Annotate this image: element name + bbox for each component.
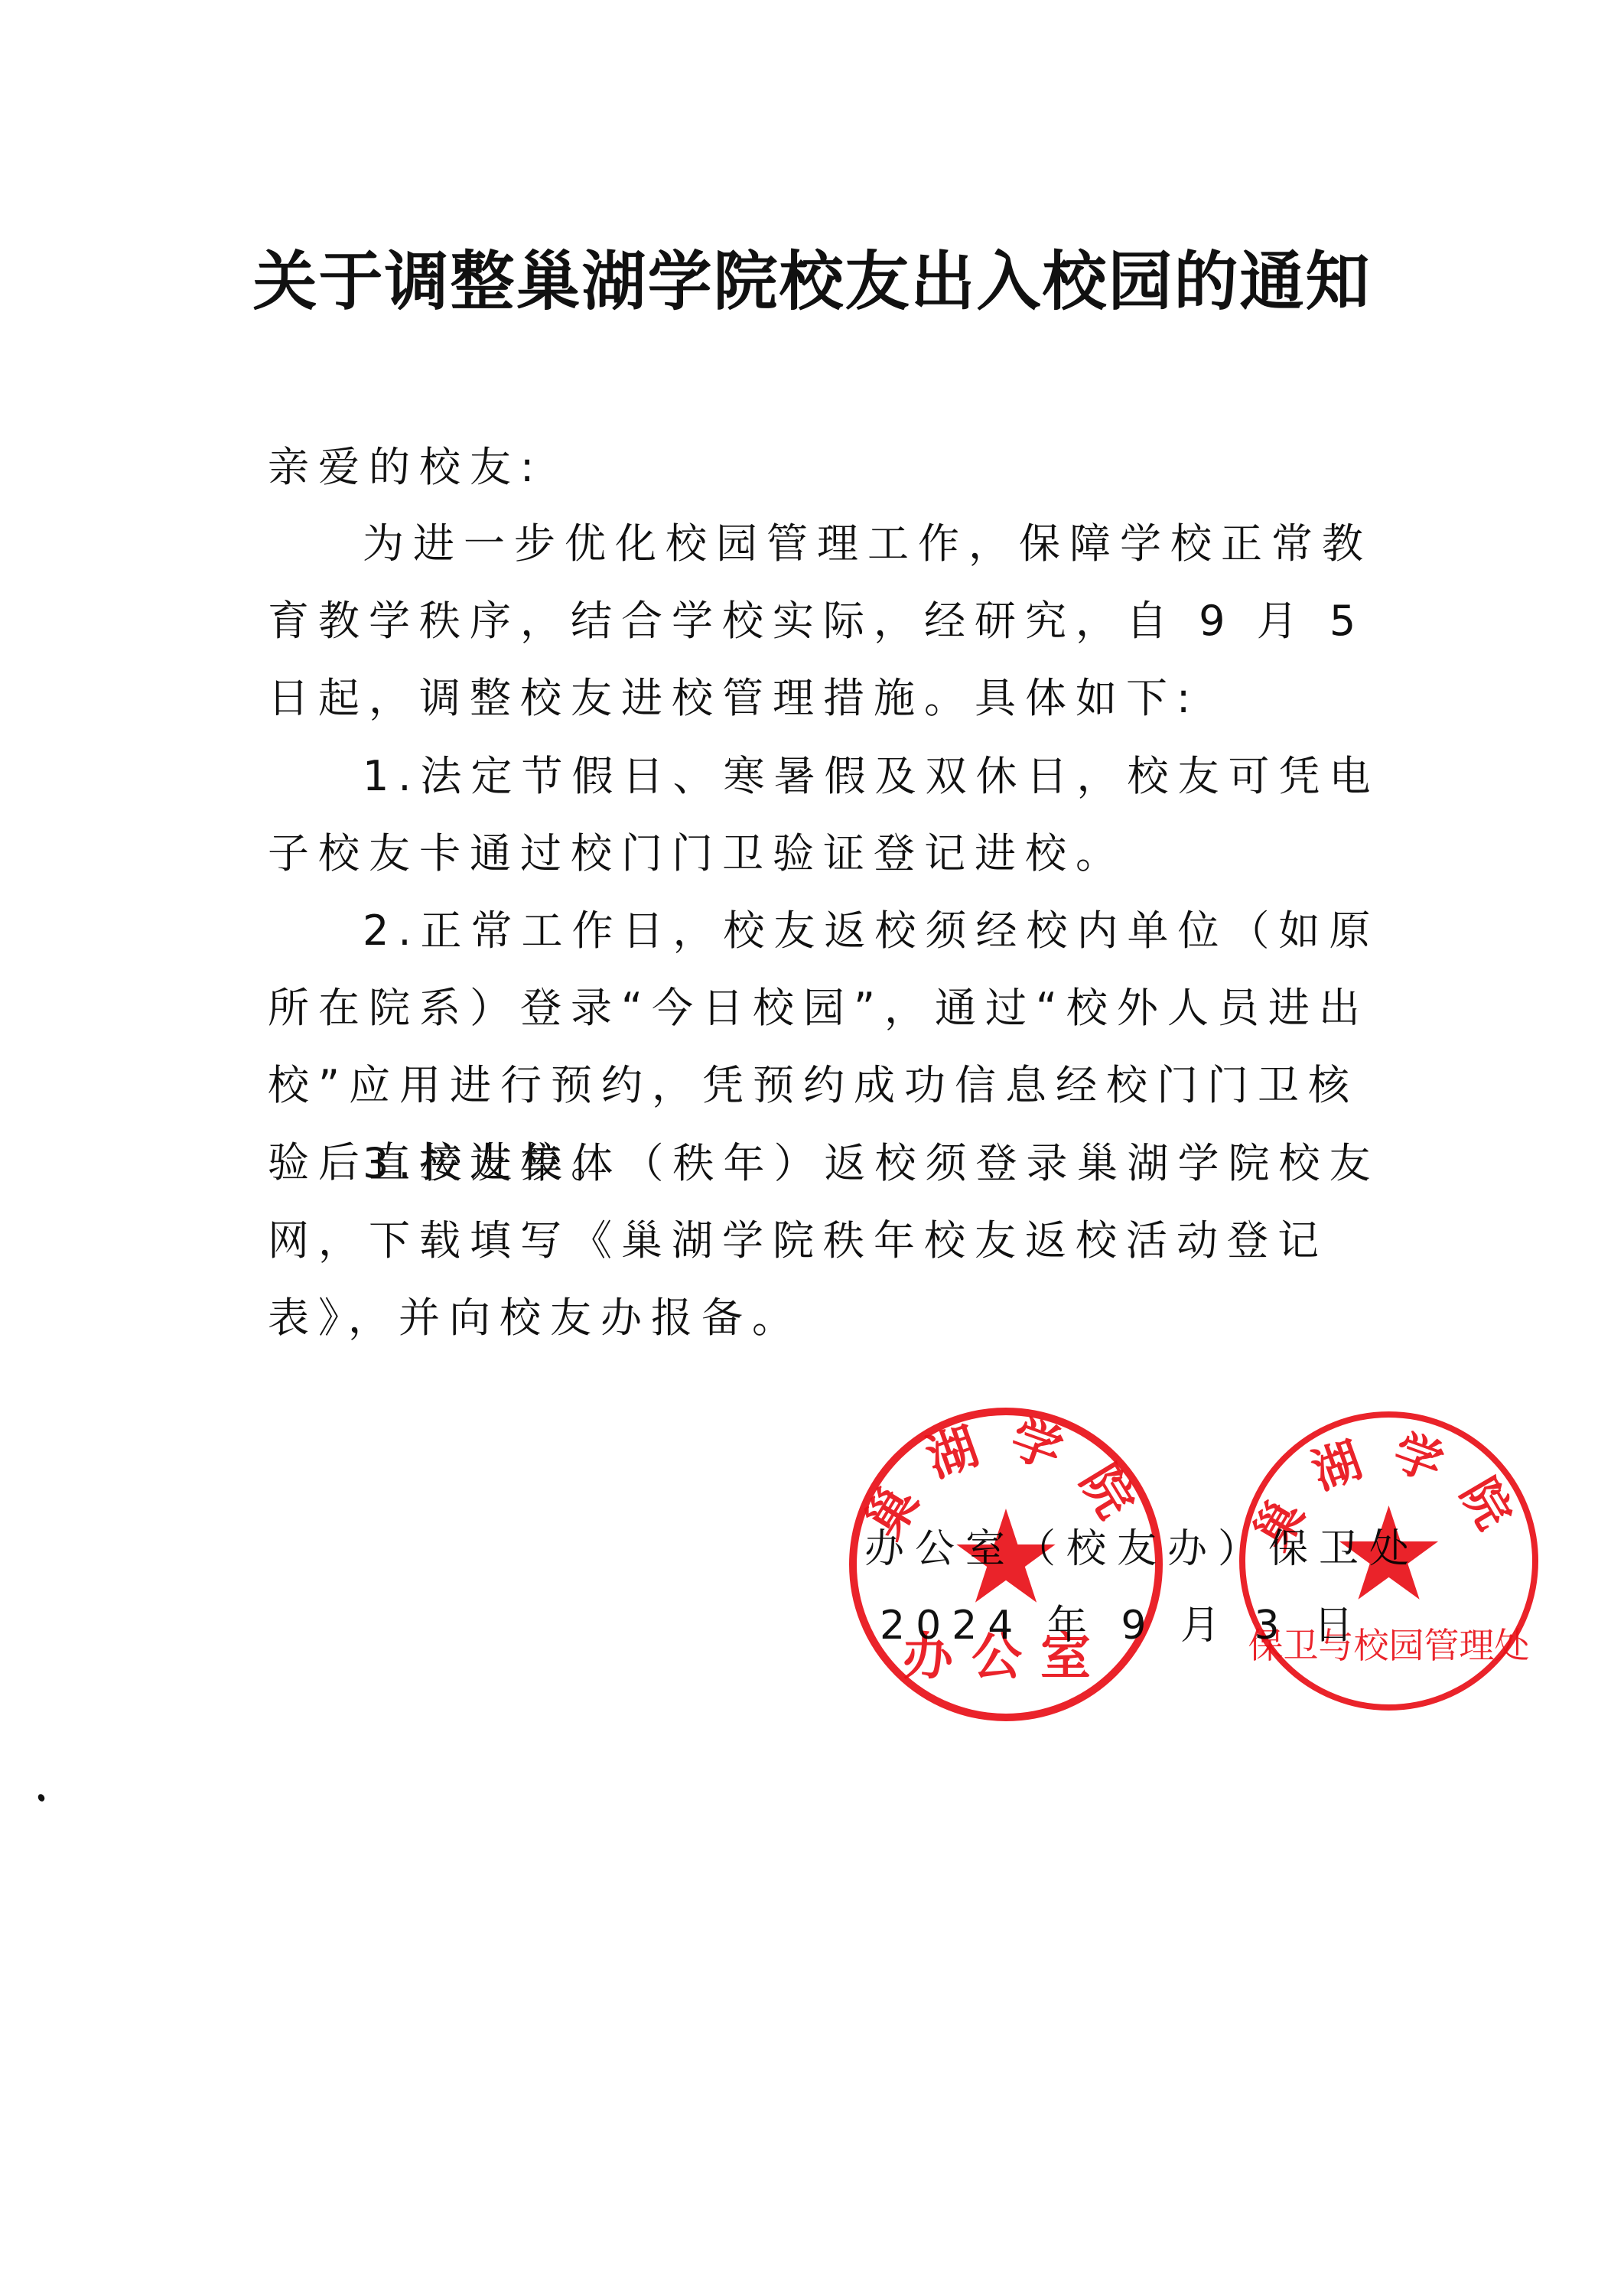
seal-bottom-text: 办公室 — [857, 1616, 1155, 1688]
paragraph-intro: 为进一步优化校园管理工作，保障学校正常教育教学秩序，结合学校实际，经研究，自 9… — [268, 505, 1400, 737]
paragraph-item-1: 1.法定节假日、寒暑假及双休日，校友可凭电子校友卡通过校门门卫验证登记进校。 — [268, 737, 1400, 892]
salutation: 亲爱的校友: — [268, 428, 1400, 506]
star-icon: ★ — [955, 1500, 1057, 1615]
paragraph-item-3: 3.校友集体（秩年）返校须登录巢湖学院校友网，下载填写《巢湖学院秩年校友返校活动… — [268, 1125, 1400, 1356]
seal-bottom-text: 保卫与校园管理处 — [1245, 1618, 1532, 1668]
document-title: 关于调整巢湖学院校友出入校园的通知 — [0, 243, 1624, 320]
scan-speck — [37, 1793, 46, 1803]
official-seal-office: 巢湖学院 ★ 办公室 — [849, 1408, 1163, 1721]
star-icon: ★ — [1337, 1497, 1440, 1612]
official-seal-security: 巢湖学院 ★ 保卫与校园管理处 — [1239, 1411, 1538, 1711]
